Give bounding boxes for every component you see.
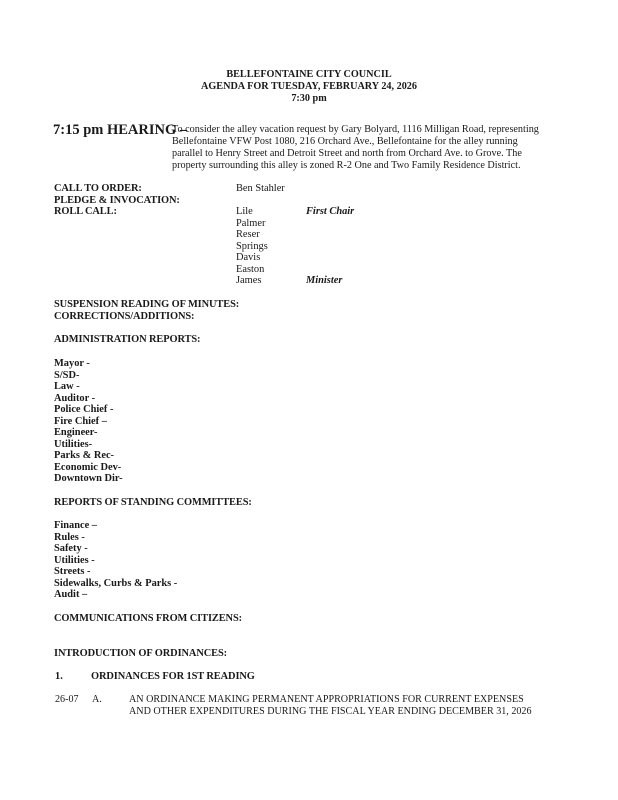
roll-call-name: Springs xyxy=(236,241,268,253)
call-to-order-value: Ben Stahler xyxy=(236,183,285,195)
administration-reports-heading: ADMINISTRATION REPORTS: xyxy=(54,334,200,346)
admin-report-item: Utilities- xyxy=(54,439,123,451)
roll-call-name: Palmer xyxy=(236,218,268,230)
council-name: BELLEFONTAINE CITY COUNCIL xyxy=(0,69,618,81)
hearing-line: Bellefontaine VFW Post 1080, 216 Orchard… xyxy=(172,136,552,148)
committee-item: Sidewalks, Curbs & Parks - xyxy=(54,578,177,590)
hearing-label: 7:15 pm HEARING – xyxy=(53,122,187,138)
admin-report-item: Downtown Dir- xyxy=(54,473,123,485)
committee-item: Utilities - xyxy=(54,555,177,567)
ordinance-letter: A. xyxy=(92,694,102,706)
roll-call-name: Reser xyxy=(236,229,268,241)
roll-call-names: Lile Palmer Reser Springs Davis Easton J… xyxy=(236,206,268,287)
ordinances-heading: INTRODUCTION OF ORDINANCES: xyxy=(54,648,227,660)
roll-call-role-minister: Minister xyxy=(306,275,342,287)
roll-call-name: Easton xyxy=(236,264,268,276)
roll-call-role-first-chair: First Chair xyxy=(306,206,354,218)
committee-item: Safety - xyxy=(54,543,177,555)
admin-report-item: Parks & Rec- xyxy=(54,450,123,462)
roll-call-name: Davis xyxy=(236,252,268,264)
roll-call-name: Lile xyxy=(236,206,268,218)
communications-heading: COMMUNICATIONS FROM CITIZENS: xyxy=(54,613,242,625)
hearing-line: property surrounding this alley is zoned… xyxy=(172,160,552,172)
committee-item: Streets - xyxy=(54,566,177,578)
admin-report-item: Mayor - xyxy=(54,358,123,370)
committee-item: Finance – xyxy=(54,520,177,532)
hearing-description: To consider the alley vacation request b… xyxy=(172,124,552,172)
hearing-line: parallel to Henry Street and Detroit Str… xyxy=(172,148,552,160)
admin-report-item: Fire Chief – xyxy=(54,416,123,428)
standing-committees-heading: REPORTS OF STANDING COMMITTEES: xyxy=(54,497,252,509)
call-to-order-label: CALL TO ORDER: xyxy=(54,183,142,195)
admin-report-item: S/SD- xyxy=(54,370,123,382)
ordinance-title-line: AN ORDINANCE MAKING PERMANENT APPROPRIAT… xyxy=(129,694,532,706)
admin-report-item: Law - xyxy=(54,381,123,393)
pledge-label: PLEDGE & INVOCATION: xyxy=(54,195,180,207)
admin-report-item: Engineer- xyxy=(54,427,123,439)
admin-report-item: Economic Dev- xyxy=(54,462,123,474)
ordinance-number: 26-07 xyxy=(55,694,79,706)
ordinance-section-number: 1. xyxy=(55,671,63,683)
admin-report-item: Police Chief - xyxy=(54,404,123,416)
agenda-date: AGENDA FOR TUESDAY, FEBRUARY 24, 2026 xyxy=(0,81,618,93)
committee-item: Audit – xyxy=(54,589,177,601)
committee-item: Rules - xyxy=(54,532,177,544)
ordinance-title-line: AND OTHER EXPENDITURES DURING THE FISCAL… xyxy=(129,706,532,718)
roll-call-label: ROLL CALL: xyxy=(54,206,117,218)
corrections-label: CORRECTIONS/ADDITIONS: xyxy=(54,311,194,323)
roll-call-name: James xyxy=(236,275,268,287)
admin-report-item: Auditor - xyxy=(54,393,123,405)
ordinance-section-title: ORDINANCES FOR 1ST READING xyxy=(91,671,255,683)
hearing-line: To consider the alley vacation request b… xyxy=(172,124,552,136)
administration-reports-list: Mayor - S/SD- Law - Auditor - Police Chi… xyxy=(54,358,123,485)
ordinance-title: AN ORDINANCE MAKING PERMANENT APPROPRIAT… xyxy=(129,694,532,718)
meeting-time: 7:30 pm xyxy=(0,93,618,105)
standing-committees-list: Finance – Rules - Safety - Utilities - S… xyxy=(54,520,177,601)
suspension-minutes-label: SUSPENSION READING OF MINUTES: xyxy=(54,299,239,311)
agenda-page: BELLEFONTAINE CITY COUNCIL AGENDA FOR TU… xyxy=(0,0,618,800)
